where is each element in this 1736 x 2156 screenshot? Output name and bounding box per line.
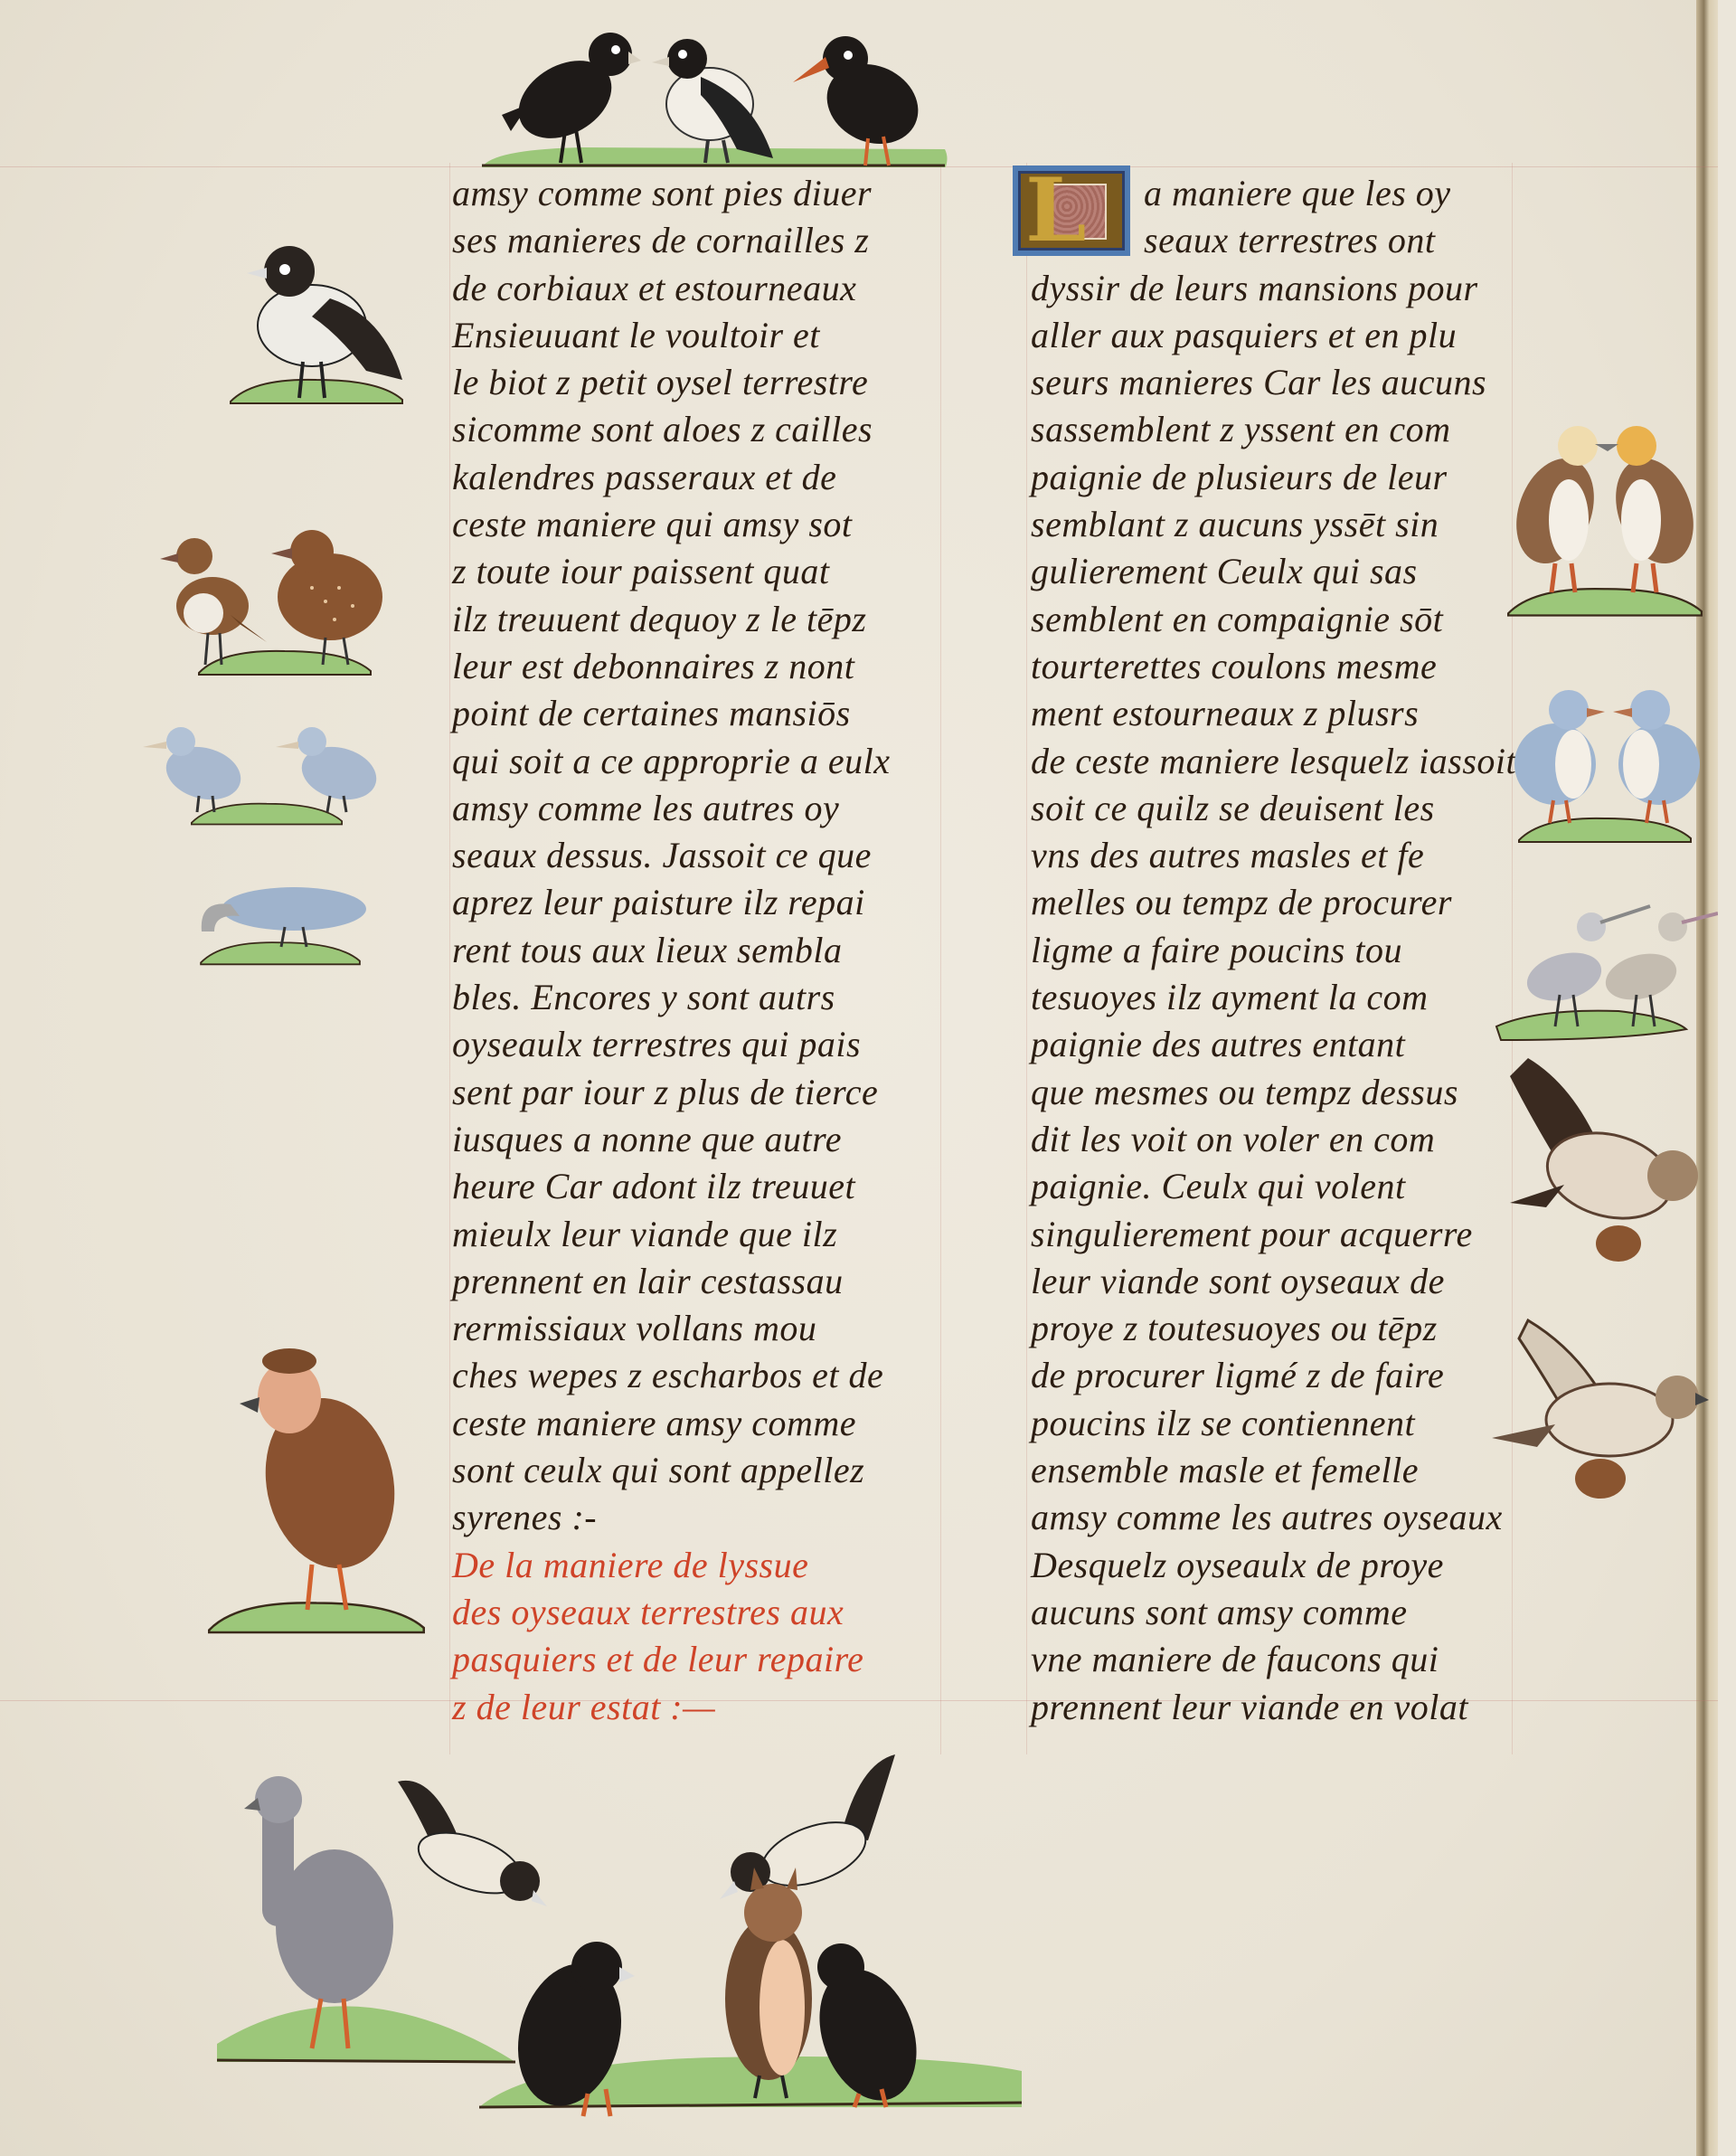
text-line: sassemblent z yssent en com xyxy=(1031,406,1519,453)
text-line: aucuns sont amsy comme xyxy=(1031,1589,1519,1636)
text-line: oyseaulx terrestres qui pais xyxy=(452,1021,940,1068)
text-line: soit ce quilz se deuisent les xyxy=(1031,785,1519,832)
top-bird-vignette xyxy=(475,14,954,167)
text-line: mieulx leur viande que ilz xyxy=(452,1211,940,1258)
bottom-bird-vignette xyxy=(208,1745,1076,2125)
text-line: ceste maniere qui amsy sot xyxy=(452,501,940,548)
text-line: ilz treuuent dequoy z le tēpz xyxy=(452,596,940,643)
text-line: rermissiaux vollans mou xyxy=(452,1305,940,1352)
text-line: de corbiaux et estourneaux xyxy=(452,265,940,312)
text-line: vns des autres masles et fe xyxy=(1031,832,1519,879)
text-line: le biot z petit oysel terrestre xyxy=(452,359,940,406)
magpie-icon xyxy=(652,39,773,163)
text-line: aprez leur paisture ilz repai xyxy=(452,879,940,926)
text-line: prennent leur viande en volat xyxy=(1031,1684,1519,1731)
text-line: Desquelz oyseaulx de proye xyxy=(1031,1542,1519,1589)
text-line: seaux dessus. Jassoit ce que xyxy=(452,832,940,879)
text-line: heure Car adont ilz treuuet xyxy=(452,1163,940,1210)
text-line: ses manieres de cornailles z xyxy=(452,217,940,264)
text-line: de ceste maniere lesquelz iassoit xyxy=(1031,738,1519,785)
hooded-crow-vignette xyxy=(203,217,429,407)
blue-pigeons-vignette xyxy=(1492,674,1718,846)
falcon-with-prey-vignette xyxy=(1492,1049,1718,1293)
text-line: paignie de plusieurs de leur xyxy=(1031,454,1519,501)
right-text-column: a maniere que les oy seaux terrestres on… xyxy=(1031,170,1519,1731)
text-line: leur viande sont oyseaux de xyxy=(1031,1258,1519,1305)
ruling-line xyxy=(1026,163,1027,1754)
manuscript-page: amsy comme sont pies diuer ses manieres … xyxy=(0,0,1718,2156)
text-line: sont ceulx qui sont appellez xyxy=(452,1447,940,1494)
text-line: gulierement Ceulx qui sas xyxy=(1031,548,1519,595)
brown-larks-vignette xyxy=(140,515,429,678)
left-text-column: amsy comme sont pies diuer ses manieres … xyxy=(452,170,940,1731)
text-line: iusques a nonne que autre xyxy=(452,1116,940,1163)
text-line: Ensieuuant le voultoir et xyxy=(452,312,940,359)
crow-icon xyxy=(502,33,641,163)
bustard-icon xyxy=(244,1776,393,2048)
blue-starlings-vignette xyxy=(127,723,407,827)
rubric-heading-line: z de leur estat :— xyxy=(452,1684,940,1731)
rubric-heading-line: De la maniere de lyssue xyxy=(452,1542,940,1589)
text-line: ches wepes z escharbos et de xyxy=(452,1352,940,1399)
text-line: que mesmes ou tempz dessus xyxy=(1031,1069,1519,1116)
chough-icon xyxy=(793,36,931,165)
text-line: amsy comme sont pies diuer xyxy=(452,170,940,217)
text-line: aller aux pasquiers et en plu xyxy=(1031,312,1519,359)
text-line: amsy comme les autres oy xyxy=(452,785,940,832)
text-line: tourterettes coulons mesme xyxy=(1031,643,1519,690)
text-line: ensemble masle et femelle xyxy=(1031,1447,1519,1494)
text-line: paignie des autres entant xyxy=(1031,1021,1519,1068)
waders-vignette xyxy=(1492,895,1718,1054)
hawk-with-prey-vignette xyxy=(1483,1302,1718,1510)
diving-magpie-right-icon xyxy=(720,1754,895,1899)
rubric-heading-line: des oyseaux terrestres aux xyxy=(452,1589,940,1636)
text-line: point de certaines mansiōs xyxy=(452,690,940,737)
text-line: a maniere que les oy xyxy=(1031,170,1519,217)
crested-bird-vignette xyxy=(203,1320,429,1637)
text-line: rent tous aux lieux sembla xyxy=(452,927,940,974)
text-line: qui soit a ce approprie a eulx xyxy=(452,738,940,785)
text-line: sicomme sont aloes z cailles xyxy=(452,406,940,453)
text-line: proye z toutesuoyes ou tēpz xyxy=(1031,1305,1519,1352)
text-line: ceste maniere amsy comme xyxy=(452,1400,940,1447)
ruling-line xyxy=(449,163,450,1754)
diving-magpie-left-icon xyxy=(398,1781,547,1906)
text-line: vne maniere de faucons qui xyxy=(1031,1636,1519,1683)
text-line: de procurer ligmé z de faire xyxy=(1031,1352,1519,1399)
billing-doves-vignette xyxy=(1492,411,1718,619)
grazing-bird-vignette xyxy=(158,882,402,968)
text-line: dit les voit on voler en com xyxy=(1031,1116,1519,1163)
text-line: poucins ilz se contiennent xyxy=(1031,1400,1519,1447)
text-line: semblant z aucuns yssēt sin xyxy=(1031,501,1519,548)
text-line: seaux terrestres ont xyxy=(1031,217,1519,264)
text-line: ligme a faire poucins tou xyxy=(1031,927,1519,974)
text-line: amsy comme les autres oyseaux xyxy=(1031,1494,1519,1541)
text-line: sent par iour z plus de tierce xyxy=(452,1069,940,1116)
text-line: tesuoyes ilz ayment la com xyxy=(1031,974,1519,1021)
text-line: kalendres passeraux et de xyxy=(452,454,940,501)
text-line: semblent en compaignie sōt xyxy=(1031,596,1519,643)
text-line: z toute iour paissent quat xyxy=(452,548,940,595)
text-line: melles ou tempz de procurer xyxy=(1031,879,1519,926)
ruling-line xyxy=(940,163,941,1754)
text-line: dyssir de leurs mansions pour xyxy=(1031,265,1519,312)
text-line: bles. Encores y sont autrs xyxy=(452,974,940,1021)
text-line: prennent en lair cestassau xyxy=(452,1258,940,1305)
rubric-heading-line: pasquiers et de leur repaire xyxy=(452,1636,940,1683)
text-line: ment estourneaux z plusrs xyxy=(1031,690,1519,737)
text-line: seurs manieres Car les aucuns xyxy=(1031,359,1519,406)
text-line: paignie. Ceulx qui volent xyxy=(1031,1163,1519,1210)
text-line: singulierement pour acquerre xyxy=(1031,1211,1519,1258)
text-line: leur est debonnaires z nont xyxy=(452,643,940,690)
text-line: syrenes :- xyxy=(452,1494,940,1541)
